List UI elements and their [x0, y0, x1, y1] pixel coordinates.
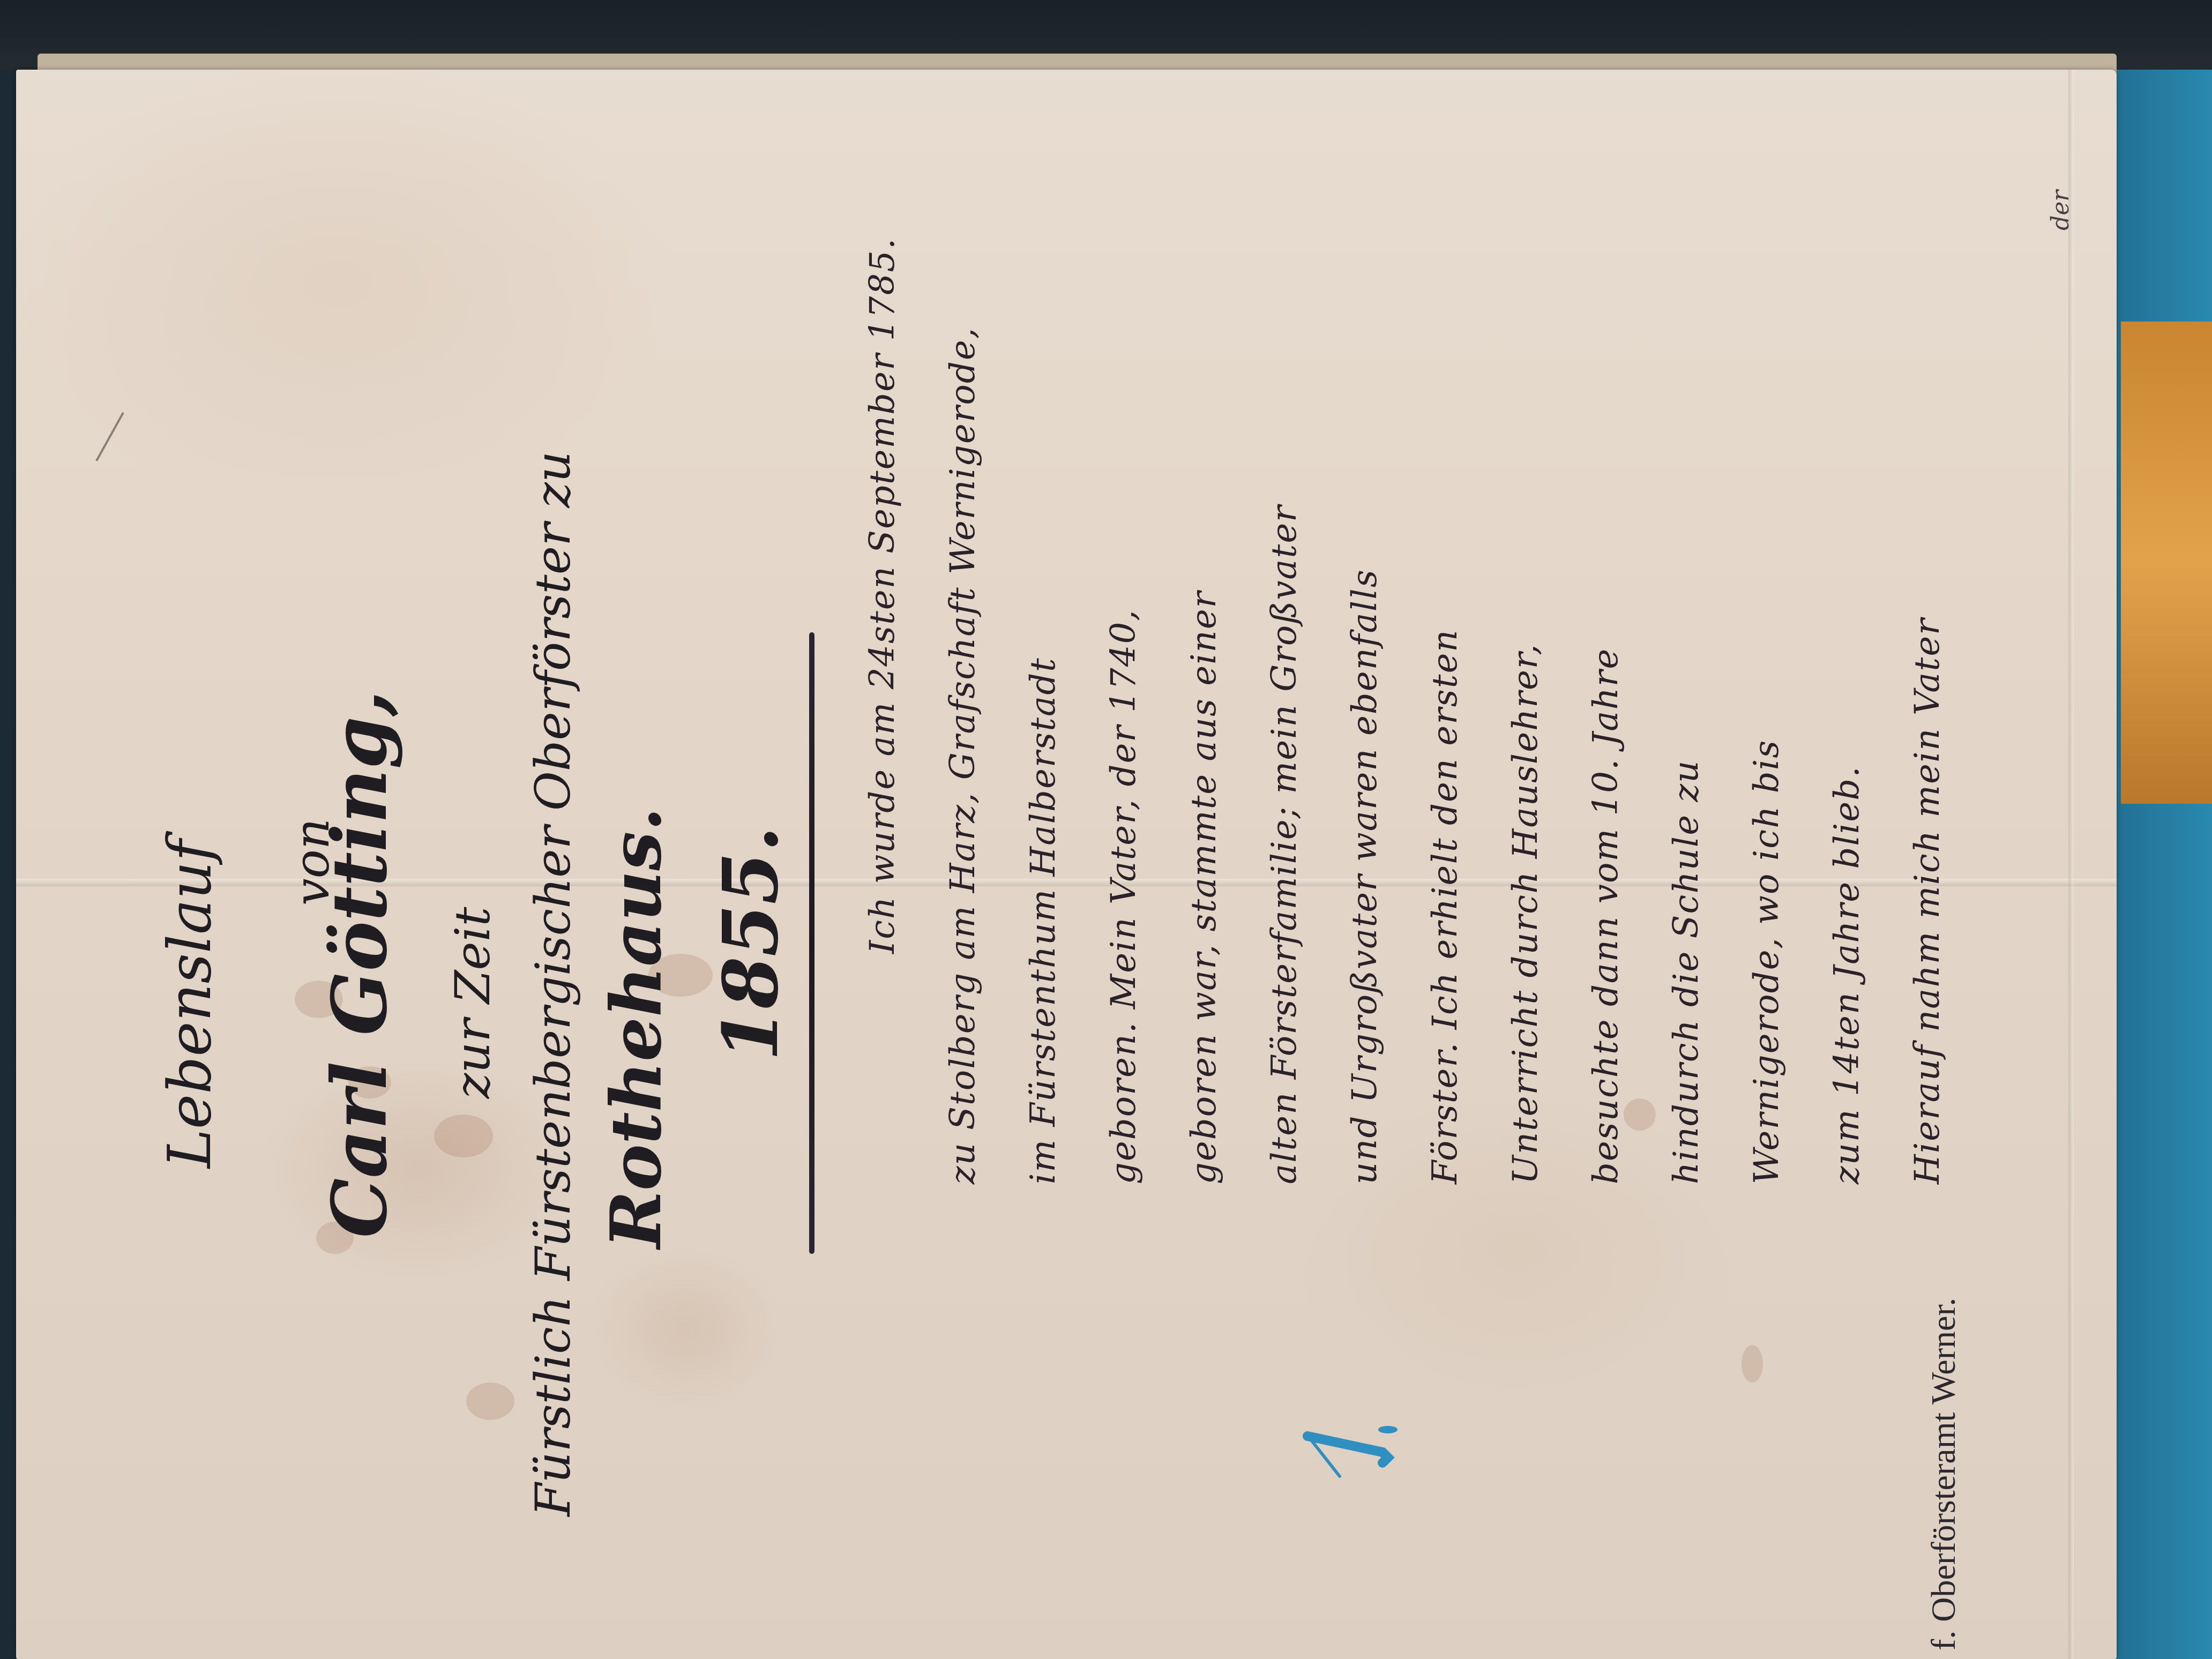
body-line-12: Wernigerode, wo ich bis — [1747, 739, 1787, 1184]
vertical-fold-crease — [2068, 70, 2074, 1659]
foxing-stain — [1742, 1345, 1763, 1382]
body-line-11: hindurch die Schule zu — [1667, 760, 1706, 1185]
blue-crayon-number-icon — [1302, 1425, 1409, 1490]
pencil-mark-icon — [91, 402, 134, 466]
background-wood-surface — [2121, 322, 2212, 804]
body-line-9: Unterricht durch Hauslehrer, — [1506, 643, 1545, 1184]
body-line-7: und Urgroßvater waren ebenfalls — [1345, 569, 1385, 1185]
title-zur-zeit: zur Zeit — [445, 907, 501, 1098]
body-line-2: zu Stolberg am Harz, Grafschaft Werniger… — [943, 327, 983, 1184]
body-line-1: Ich wurde am 24sten September 1785. — [863, 237, 902, 954]
manuscript-page: Lebenslauf von Carl Götting, zur Zeit Fü… — [16, 70, 2117, 1659]
body-line-10: besuchte dann vom 10. Jahre — [1586, 648, 1626, 1184]
foxing-stain — [466, 1382, 514, 1420]
body-line-3: im Fürstenthum Halberstadt — [1023, 657, 1063, 1184]
title-place: Rothehaus. — [595, 807, 677, 1249]
body-line-14: Hierauf nahm mich mein Vater — [1908, 617, 1947, 1184]
title-position: Fürstlich Fürstenbergischer Oberförster … — [525, 451, 581, 1516]
catchword: der — [2047, 190, 2074, 230]
body-line-13: zum 14ten Jahre blieb. — [1827, 766, 1867, 1185]
foxing-stain — [434, 1115, 493, 1157]
foxing-stain — [1624, 1098, 1656, 1131]
footer-signature: f. Oberförsteramt Werner. — [1924, 1298, 1963, 1650]
body-line-6: alten Försterfamilie; mein Großvater — [1265, 504, 1304, 1184]
title-lebenslauf: Lebenslauf — [155, 840, 224, 1168]
title-name: Carl Götting, — [316, 690, 404, 1238]
body-line-5: geboren war, stammte aus einer — [1184, 591, 1224, 1184]
body-line-4: geboren. Mein Vater, der 1740, — [1104, 609, 1144, 1185]
title-year: 1855. — [707, 826, 795, 1061]
title-divider-rule — [809, 632, 814, 1254]
body-line-8: Förster. Ich erhielt den ersten — [1425, 629, 1465, 1185]
